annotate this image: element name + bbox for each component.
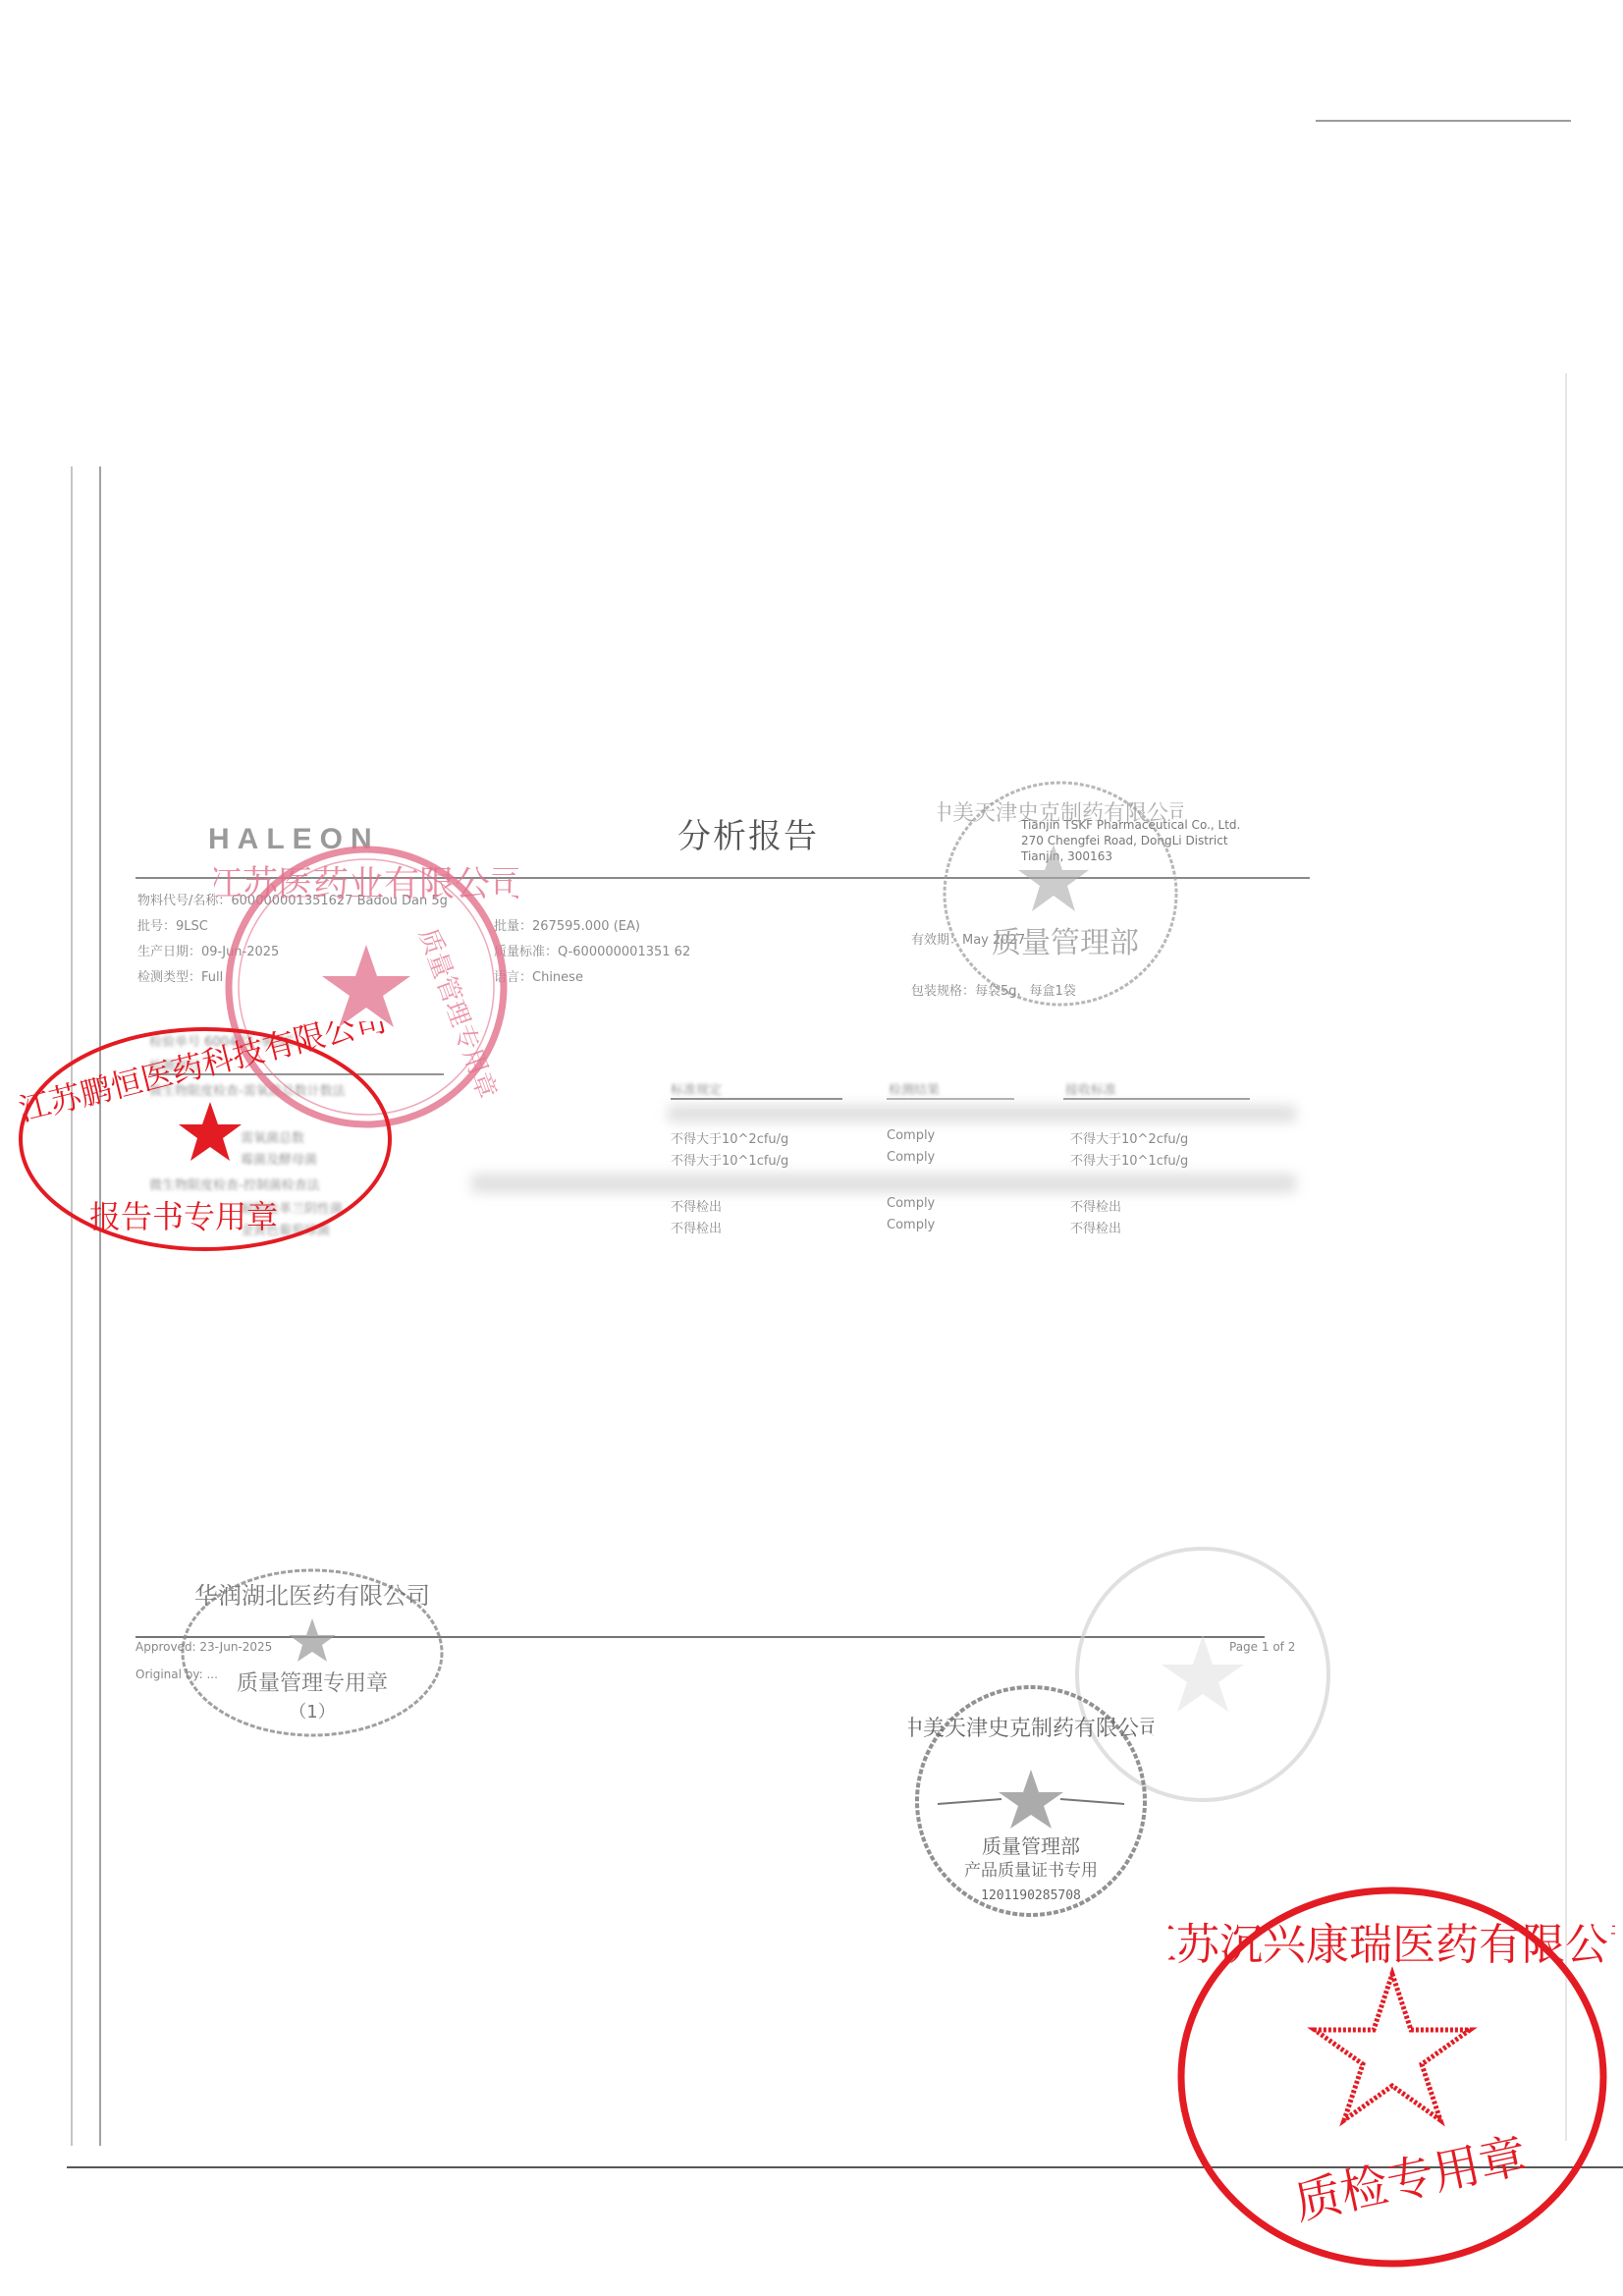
row-acceptance: 不得大于10^2cfu/g bbox=[1070, 1128, 1188, 1147]
stamp-subtext: 质检专用章 bbox=[1289, 2128, 1531, 2231]
report-title: 分析报告 bbox=[677, 809, 819, 857]
top-right-rule bbox=[1316, 120, 1571, 122]
stamp-subtext: （1） bbox=[289, 1702, 335, 1722]
col-rule-result bbox=[887, 1098, 1014, 1100]
hubei-medical-stamp: 华润湖北医药有限公司 质量管理专用章 （1） bbox=[175, 1564, 450, 1741]
batch-field: 批号：9LSC bbox=[137, 915, 208, 934]
stamp-text: 江苏沉兴康瑞医药有限公司 bbox=[1168, 1920, 1615, 1970]
stamp-text: 中美天津史克制药有限公司 bbox=[938, 801, 1183, 826]
left-border-inner bbox=[99, 466, 101, 2146]
stamp-subtext: 质量管理部 bbox=[982, 1834, 1080, 1858]
row-result: Comply bbox=[887, 1150, 935, 1165]
stamp-text: 中美天津史克制药有限公司 bbox=[908, 1717, 1154, 1741]
row-standard: 不得检出 bbox=[671, 1218, 722, 1236]
row-result: Comply bbox=[887, 1218, 935, 1232]
col-header-acceptance: 接收标准 bbox=[1065, 1079, 1116, 1098]
row-acceptance: 不得大于10^1cfu/g bbox=[1070, 1150, 1188, 1169]
stamp-subtext: 报告书专用章 bbox=[89, 1198, 278, 1235]
row-acceptance: 不得检出 bbox=[1070, 1218, 1121, 1236]
stamp-text: 江苏医药业有限公司 bbox=[214, 864, 518, 904]
col-rule-acceptance bbox=[1063, 1098, 1250, 1100]
row-result: Comply bbox=[887, 1128, 935, 1143]
test-type-field: 检测类型：Full bbox=[137, 966, 223, 985]
col-header-standard: 标准规定 bbox=[671, 1079, 722, 1098]
redacted-row-1 bbox=[668, 1105, 1296, 1122]
tianjin-tskf-release-stamp: 中美天津史克制药有限公司 质量管理部 产品质量证书专用 120119028570… bbox=[908, 1681, 1154, 1922]
jiangsu-penghen-stamp: 江苏鹏恒医药科技有限公司 报告书专用章 bbox=[12, 1021, 400, 1257]
row-standard: 不得大于10^1cfu/g bbox=[671, 1150, 788, 1169]
redacted-row-2 bbox=[471, 1174, 1296, 1193]
jiangsu-xingkang-stamp: 江苏沉兴康瑞医药有限公司 质检专用章 bbox=[1168, 1881, 1615, 2293]
row-standard: 不得检出 bbox=[671, 1196, 722, 1215]
stamp-code: 1201190285708 bbox=[981, 1888, 1081, 1903]
row-result: Comply bbox=[887, 1196, 935, 1211]
right-border bbox=[1565, 373, 1567, 2141]
stamp-text: 江苏鹏恒医药科技有限公司 bbox=[15, 1021, 390, 1128]
stamp-subtext: 产品质量证书专用 bbox=[964, 1861, 1098, 1881]
row-acceptance: 不得检出 bbox=[1070, 1196, 1121, 1215]
stamp-text: 华润湖北医药有限公司 bbox=[194, 1582, 430, 1610]
row-standard: 不得大于10^2cfu/g bbox=[671, 1128, 788, 1147]
col-header-result: 检测结果 bbox=[889, 1079, 940, 1098]
col-rule-standard bbox=[671, 1098, 842, 1100]
stamp-subtext: 质量管理部 bbox=[992, 926, 1139, 960]
spec-field: 质量标准：Q-600000001351 62 bbox=[494, 941, 690, 959]
left-border-outer bbox=[71, 466, 73, 2146]
stamp-subtext: 质量管理专用章 bbox=[237, 1671, 388, 1696]
tianjin-tskf-qa-stamp: 中美天津史克制药有限公司 质量管理部 bbox=[938, 776, 1183, 1011]
